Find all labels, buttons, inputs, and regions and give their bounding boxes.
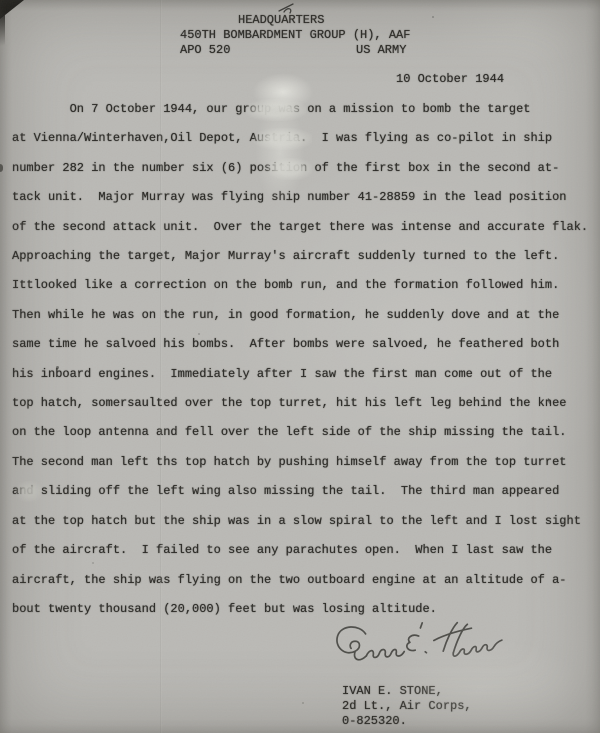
typed-line: top hatch, somersaulted over the top tur… <box>12 389 588 418</box>
typed-line: aircraft, the ship was flying on the two… <box>12 566 588 595</box>
signature-block-line: 2d Lt., Air Corps, <box>342 699 472 714</box>
signature-script <box>321 613 518 678</box>
paper-crease <box>160 0 162 733</box>
typed-line: of the aircraft. I failed to see any par… <box>12 536 588 565</box>
pen-mark-icon <box>277 1 301 15</box>
body-lines: On 7 October 1944, our group was on a mi… <box>12 95 588 624</box>
typed-line: Ittlooked like a correction on the bomb … <box>12 271 588 300</box>
paper-speck <box>302 702 304 704</box>
paper-speck <box>56 366 59 369</box>
paper-speck <box>515 163 517 165</box>
edge-dot-mark <box>0 164 3 172</box>
typed-line: Approaching the target, Major Murray's a… <box>12 242 588 271</box>
paper-speck <box>432 16 434 18</box>
paper-speck <box>92 562 94 564</box>
header-headquarters: HEADQUARTERS <box>238 13 324 27</box>
typed-line: at Vienna/Winterhaven,Oil Depot, Austria… <box>12 124 588 153</box>
typed-line: Then while he was on the run, in good fo… <box>12 301 588 330</box>
typed-line: On 7 October 1944, our group was on a mi… <box>12 95 588 124</box>
header-group-line: 450TH BOMBARDMENT GROUP (H), AAF <box>180 28 410 42</box>
document-page: HEADQUARTERS 450TH BOMBARDMENT GROUP (H)… <box>0 0 600 733</box>
typed-line: at the top hatch but the ship was in a s… <box>12 507 588 536</box>
signature-block-line: 0-825320. <box>342 714 472 729</box>
typed-line: his inboard engines. Immediately after I… <box>12 360 588 389</box>
typed-line: number 282 in the number six (6) positio… <box>12 154 588 183</box>
paper-speck <box>561 521 564 523</box>
typed-line: The second man left ths top hatch by pus… <box>12 448 588 477</box>
signature-block-line: IVAN E. STONE, <box>342 684 472 699</box>
typed-line: tack unit. Major Murray was flying ship … <box>12 183 588 212</box>
header-us-army: US ARMY <box>356 43 406 57</box>
paper-speck <box>198 333 200 335</box>
typed-line: and sliding off the left wing also missi… <box>12 477 588 506</box>
signature-block: IVAN E. STONE,2d Lt., Air Corps,0-825320… <box>342 684 472 729</box>
typed-line: same time he salvoed his bombs. After bo… <box>12 330 588 359</box>
typed-line: on the loop antenna and fell over the le… <box>12 418 588 447</box>
typed-line: of the second attack unit. Over the targ… <box>12 213 588 242</box>
edge-smudge-mark <box>0 13 5 46</box>
header-apo: APO 520 <box>180 43 230 57</box>
date-line: 10 October 1944 <box>396 72 504 86</box>
